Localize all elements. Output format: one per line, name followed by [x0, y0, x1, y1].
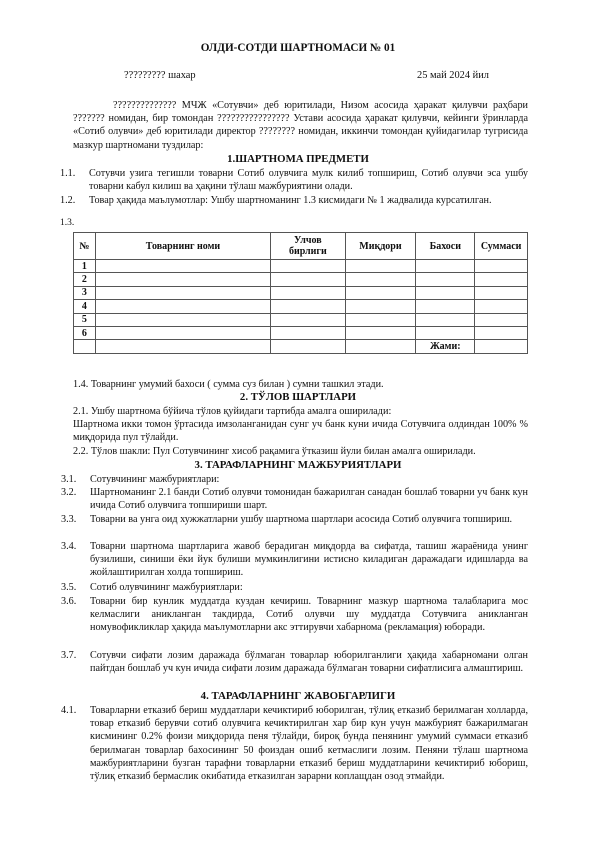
table-row: 2: [74, 273, 528, 286]
document-title: ОЛДИ-СОТДИ ШАРТНОМАСИ № 01: [0, 42, 596, 54]
table-cell: [74, 340, 96, 353]
contract-page: ОЛДИ-СОТДИ ШАРТНОМАСИ № 01 ????????? шах…: [0, 0, 596, 842]
row-number-cell: 1: [74, 260, 96, 273]
table-cell: [416, 300, 475, 313]
clause-text: Сотувчи узига тегишли товарни Сотиб олув…: [89, 168, 528, 192]
clause-number: 3.3.: [61, 513, 76, 526]
section-3-heading: 3. ТАРАФЛАРНИНГ МАЖБУРИЯТЛАРИ: [0, 459, 596, 471]
header-price: Бахоси: [416, 233, 475, 260]
table-row: 6: [74, 326, 528, 339]
row-number-cell: 6: [74, 326, 96, 339]
clause-text: Товарни бир кунлик муддатда куздан кечир…: [90, 596, 528, 633]
table-cell: [271, 300, 345, 313]
clause-number: 1.2.: [60, 194, 75, 207]
row-number-cell: 4: [74, 300, 96, 313]
table-cell: [345, 326, 416, 339]
clause-number: 4.1.: [61, 704, 76, 717]
table-cell: [345, 340, 416, 353]
clause-2-1-detail: Шартнома икки томон ўртасида имзолангани…: [73, 418, 528, 444]
table-cell: [475, 286, 528, 299]
clause-1-4: 1.4. Товарнинг умумий бахоси ( сумма суз…: [73, 378, 528, 391]
table-cell: [271, 313, 345, 326]
table-cell: [475, 260, 528, 273]
table-cell: [95, 300, 270, 313]
clause-1-3-label: 1.3.: [60, 218, 74, 228]
clause-3-2: 3.2. Шартноманинг 2.1 банди Сотиб олувчи…: [73, 486, 528, 512]
clause-number: 3.6.: [61, 595, 76, 608]
clause-3-3: 3.3. Товарни ва унга оид хужжатларни ушб…: [73, 513, 528, 526]
clause-number: 3.1.: [61, 473, 76, 486]
table-cell: [416, 286, 475, 299]
table-cell: [95, 286, 270, 299]
date-line: 25 май 2024 йил: [417, 70, 489, 81]
section-1-heading: 1.ШАРТНОМА ПРЕДМЕТИ: [0, 153, 596, 165]
row-number-cell: 2: [74, 273, 96, 286]
table-row: 4: [74, 300, 528, 313]
clause-text: Товарларни етказиб бериш муддатлари кечи…: [90, 705, 528, 782]
table-cell: [345, 300, 416, 313]
table-cell: [95, 260, 270, 273]
table-cell: [416, 313, 475, 326]
row-number-cell: 5: [74, 313, 96, 326]
clause-3-7: 3.7. Сотувчи сифати лозим даражада бўлма…: [73, 649, 528, 675]
table-cell: [95, 313, 270, 326]
table-cell: [95, 273, 270, 286]
table-cell: [95, 340, 270, 353]
clause-3-1: 3.1. Сотувчининг мажбуриятлари:: [73, 473, 528, 486]
table-cell: [271, 273, 345, 286]
table-cell: [345, 313, 416, 326]
goods-table: № Товарнинг номи Улчов бирлиги Миқдори Б…: [73, 232, 528, 354]
clause-number: 3.2.: [61, 486, 76, 499]
header-unit: Улчов бирлиги: [271, 233, 345, 260]
table-row: 1: [74, 260, 528, 273]
table-cell: [475, 273, 528, 286]
table-row: 5: [74, 313, 528, 326]
clause-2-2: 2.2. Тўлов шакли: Пул Сотувчининг хисоб …: [73, 445, 528, 458]
intro-paragraph: ?????????????? МЧЖ «Сотувчи» деб юритила…: [73, 99, 528, 152]
table-cell: [95, 326, 270, 339]
total-row: Жами:: [74, 340, 528, 353]
clause-number: 1.1.: [60, 167, 75, 180]
table-cell: [271, 286, 345, 299]
clause-text: Сотиб олувчининг мажбуриятлари:: [90, 582, 243, 593]
table-cell: [271, 340, 345, 353]
city-line: ????????? шахар: [124, 70, 196, 81]
table-cell: [345, 260, 416, 273]
clause-3-5: 3.5. Сотиб олувчининг мажбуриятлари:: [73, 581, 528, 594]
clause-number: 3.5.: [61, 581, 76, 594]
table-cell: [345, 273, 416, 286]
table-cell: [475, 300, 528, 313]
table-cell: [345, 286, 416, 299]
table-cell: [475, 326, 528, 339]
table-cell: [416, 273, 475, 286]
table-cell: [416, 326, 475, 339]
clause-text: Товар ҳақида маълумотлар: Ушбу шартноман…: [89, 195, 492, 206]
clause-text: Сотувчи сифати лозим даражада бўлмаган т…: [90, 650, 528, 674]
total-value: [475, 340, 528, 353]
table-cell: [475, 313, 528, 326]
table-cell: [271, 326, 345, 339]
header-sum: Суммаси: [475, 233, 528, 260]
clause-text: Товарни шартнома шартларига жавоб беради…: [90, 541, 528, 578]
section-4-heading: 4. ТАРАФЛАРНИНГ ЖАВОБГАРЛИГИ: [0, 690, 596, 702]
clause-text: Шартноманинг 2.1 банди Сотиб олувчи томо…: [90, 487, 528, 511]
section-2-heading: 2. ТЎЛОВ ШАРТЛАРИ: [0, 391, 596, 403]
clause-3-6: 3.6. Товарни бир кунлик муддатда куздан …: [73, 595, 528, 635]
table-header-row: № Товарнинг номи Улчов бирлиги Миқдори Б…: [74, 233, 528, 260]
clause-1-1: 1.1. Сотувчи узига тегишли товарни Сотиб…: [73, 167, 528, 193]
total-label: Жами:: [416, 340, 475, 353]
header-number: №: [74, 233, 96, 260]
clause-2-1: 2.1. Ушбу шартнома бўйича тўлов қуйидаги…: [73, 405, 528, 418]
header-quantity: Миқдори: [345, 233, 416, 260]
table-cell: [271, 260, 345, 273]
row-number-cell: 3: [74, 286, 96, 299]
clause-number: 3.7.: [61, 649, 76, 662]
clause-1-2: 1.2. Товар ҳақида маълумотлар: Ушбу шарт…: [73, 194, 528, 207]
table-cell: [416, 260, 475, 273]
clause-number: 3.4.: [61, 540, 76, 553]
table-row: 3: [74, 286, 528, 299]
clause-3-4: 3.4. Товарни шартнома шартларига жавоб б…: [73, 540, 528, 580]
clause-4-1: 4.1. Товарларни етказиб бериш муддатлари…: [73, 704, 528, 783]
header-product-name: Товарнинг номи: [95, 233, 270, 260]
clause-text: Товарни ва унга оид хужжатларни ушбу шар…: [90, 514, 512, 525]
clause-text: Сотувчининг мажбуриятлари:: [90, 474, 219, 485]
